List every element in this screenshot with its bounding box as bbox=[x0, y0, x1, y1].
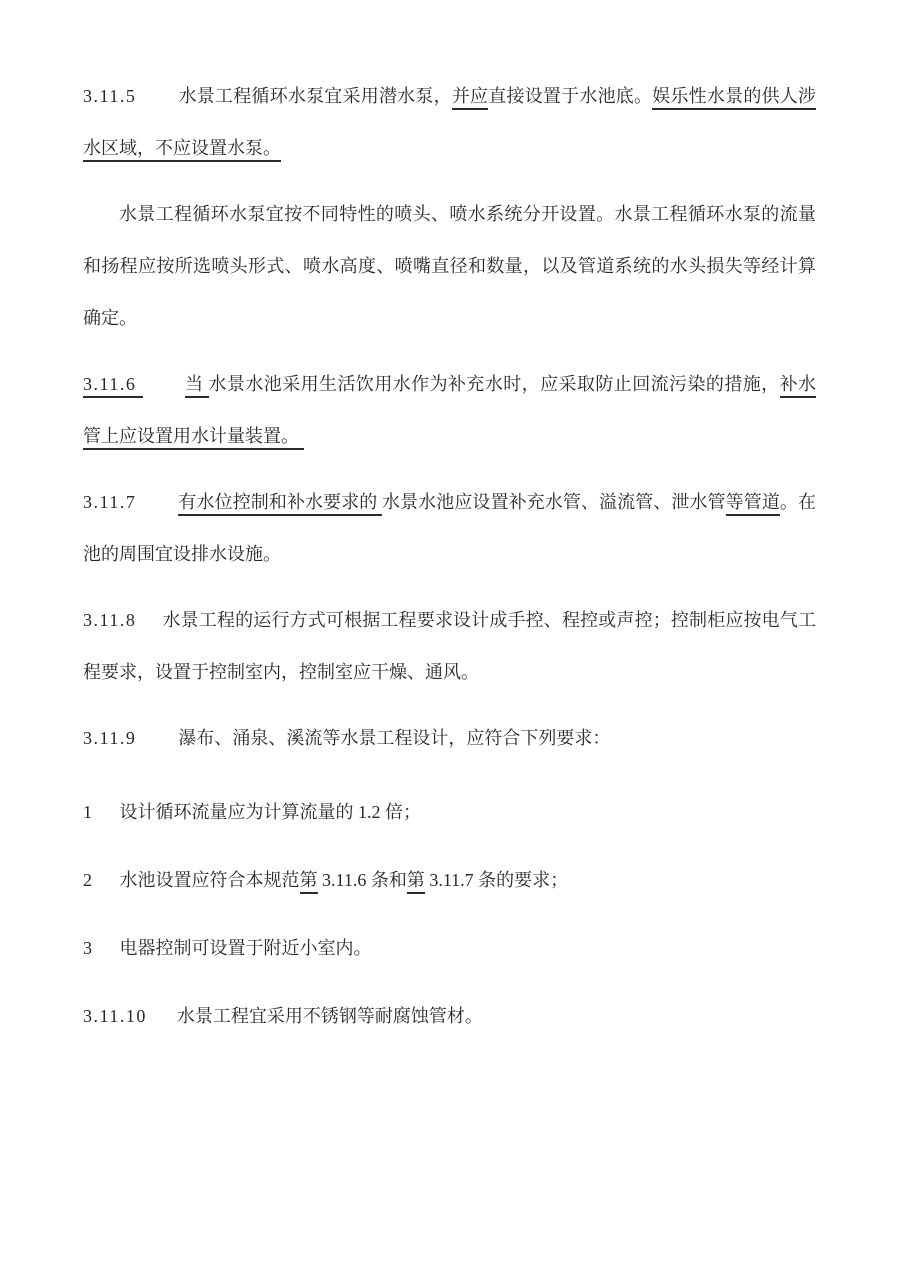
item-number: 3 bbox=[83, 938, 94, 958]
list-item-1: 1设计循环流量应为计算流量的 1.2 倍； bbox=[83, 786, 816, 838]
clause-3-11-10: 3.11.10水景工程宜采用不锈钢等耐腐蚀管材。 bbox=[83, 990, 816, 1042]
clause-number: 3.11.9 bbox=[83, 728, 136, 748]
document-page: 3.11.5水景工程循环水泵宜采用潜水泵，并应直接设置于水池底。娱乐性水景的供人… bbox=[0, 0, 900, 1273]
text-run: 水景水池应设置补充水管、溢流管、泄水管 bbox=[382, 492, 726, 512]
list-item-2: 2水池设置应符合本规范第 3.11.6 条和第 3.11.7 条的要求； bbox=[83, 854, 816, 906]
number-text-gap bbox=[94, 885, 120, 886]
text-run: 设计循环流量应为计算流量的 1.2 倍； bbox=[120, 802, 422, 822]
clause-3-11-5: 3.11.5水景工程循环水泵宜采用潜水泵，并应直接设置于水池底。娱乐性水景的供人… bbox=[83, 70, 816, 174]
text-run: 3.11.7 条的要求； bbox=[425, 870, 568, 890]
number-text-gap bbox=[136, 507, 178, 508]
number-text-gap bbox=[136, 101, 178, 102]
item-number: 2 bbox=[83, 870, 94, 890]
clause-3-11-6: 3.11.6 当 水景水池采用生活饮用水作为补充水时，应采取防止回流污染的措施，… bbox=[83, 358, 816, 462]
number-text-gap bbox=[94, 817, 120, 818]
text-run: 水景工程循环水泵宜采用潜水泵， bbox=[178, 86, 452, 106]
clause-3-11-9: 3.11.9瀑布、涌泉、溪流等水景工程设计，应符合下列要求： bbox=[83, 712, 816, 764]
text-run: 电器控制可设置于附近小室内。 bbox=[120, 938, 372, 958]
clause-3-11-7: 3.11.7有水位控制和补水要求的 水景水池应设置补充水管、溢流管、泄水管等管道… bbox=[83, 476, 816, 580]
clause-number-underlined: 3.11.6 bbox=[83, 374, 143, 398]
underlined-text-run: 等管道 bbox=[726, 492, 780, 516]
text-run: 水景水池采用生活饮用水作为补充水时，应采取防止回流污染的措施， bbox=[209, 374, 780, 394]
item-number: 1 bbox=[83, 802, 94, 822]
clause-number: 3.11.10 bbox=[83, 1006, 147, 1026]
text-run: 水景工程宜采用不锈钢等耐腐蚀管材。 bbox=[177, 1006, 483, 1026]
text-run: 3.11.6 条和 bbox=[318, 870, 407, 890]
underlined-text-run: 第 bbox=[300, 870, 318, 894]
number-text-gap bbox=[147, 1021, 177, 1022]
text-run: 水景工程循环水泵宜按不同特性的喷头、喷水系统分开设置。水景工程循环水泵的流量和扬… bbox=[83, 204, 816, 328]
text-run: 水池设置应符合本规范 bbox=[120, 870, 300, 890]
clause-number: 3.11.5 bbox=[83, 86, 136, 106]
underlined-text-run: 有水位控制和补水要求的 bbox=[178, 492, 382, 516]
number-text-gap bbox=[143, 389, 185, 390]
body-paragraph: 水景工程循环水泵宜按不同特性的喷头、喷水系统分开设置。水景工程循环水泵的流量和扬… bbox=[83, 188, 816, 344]
text-run: 瀑布、涌泉、溪流等水景工程设计，应符合下列要求： bbox=[178, 728, 610, 748]
number-text-gap bbox=[94, 953, 120, 954]
text-run: 水景工程的运行方式可根据工程要求设计成手控、程控或声控；控制柜应按电气工程要求，… bbox=[83, 610, 816, 682]
underlined-text-run: 当 bbox=[185, 374, 209, 398]
clause-3-11-8: 3.11.8水景工程的运行方式可根据工程要求设计成手控、程控或声控；控制柜应按电… bbox=[83, 594, 816, 698]
clause-number: 3.11.8 bbox=[83, 610, 136, 630]
number-text-gap bbox=[136, 743, 178, 744]
text-run: 直接设置于水池底。 bbox=[488, 86, 652, 106]
clause-number: 3.11.7 bbox=[83, 492, 136, 512]
number-text-gap bbox=[136, 625, 162, 626]
list-item-3: 3电器控制可设置于附近小室内。 bbox=[83, 922, 816, 974]
underlined-text-run: 并应 bbox=[452, 86, 488, 110]
underlined-text-run: 第 bbox=[407, 870, 425, 894]
